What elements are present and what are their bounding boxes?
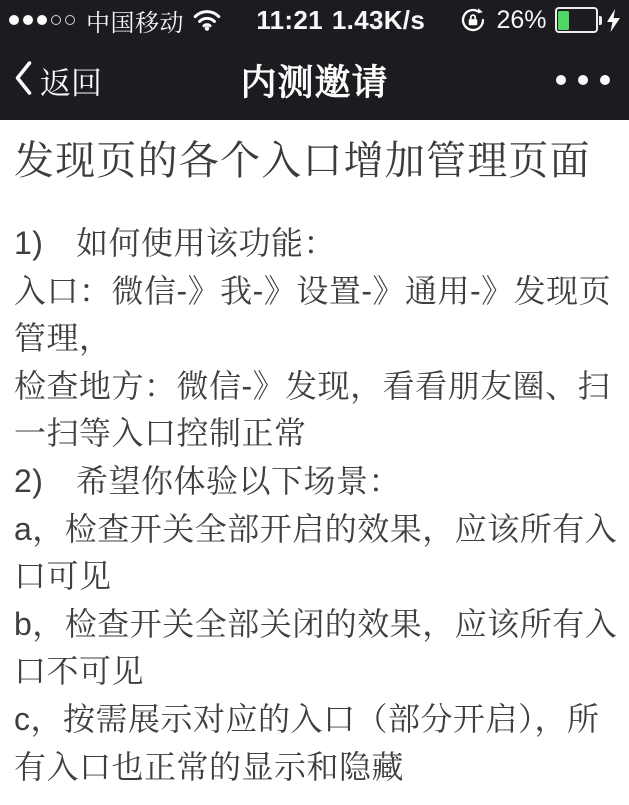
body-line: b，检查开关全部关闭的效果，应该所有入 bbox=[14, 601, 619, 649]
status-bar-left: 中国移动 bbox=[9, 3, 221, 38]
battery-fill bbox=[558, 11, 569, 30]
battery-percent-label: 26% bbox=[496, 6, 546, 35]
ellipsis-icon bbox=[578, 75, 588, 85]
page-title: 内测邀请 bbox=[240, 55, 388, 106]
network-speed-label: 1.43K/s bbox=[332, 5, 425, 36]
body-line: 口不可见 bbox=[14, 648, 619, 696]
wifi-icon bbox=[193, 9, 221, 31]
signal-dot bbox=[9, 15, 19, 25]
status-bar-right: 26% bbox=[460, 6, 620, 35]
body-line: 2) 希望你体验以下场景： bbox=[14, 458, 619, 506]
status-bar: 中国移动 11:21 1.43K/s bbox=[0, 0, 629, 40]
body-line: 一扫等入口控制正常 bbox=[14, 410, 619, 458]
body-line: a，检查开关全部开启的效果，应该所有入 bbox=[14, 506, 619, 554]
status-bar-center: 11:21 1.43K/s bbox=[221, 5, 460, 36]
more-button[interactable] bbox=[556, 40, 610, 120]
clock-label: 11:21 bbox=[256, 5, 323, 36]
ellipsis-icon bbox=[600, 75, 610, 85]
body-line: 管理， bbox=[14, 315, 619, 363]
signal-dot bbox=[65, 15, 75, 25]
body-line: 1) 如何使用该功能： bbox=[14, 220, 619, 268]
rotation-lock-icon bbox=[460, 7, 486, 33]
ellipsis-icon bbox=[556, 75, 566, 85]
body-line: 入口：微信-》我-》设置-》通用-》发现页 bbox=[14, 268, 619, 316]
body-line: c，按需展示对应的入口（部分开启），所 bbox=[14, 696, 619, 744]
charging-bolt-icon bbox=[607, 9, 620, 32]
body-line: 有入口也正常的显示和隐藏 bbox=[14, 744, 619, 792]
article-content: 发现页的各个入口增加管理页面 1) 如何使用该功能： 入口：微信-》我-》设置-… bbox=[0, 120, 629, 791]
body-line: 检查地方：微信-》发现，看看朋友圈、扫 bbox=[14, 363, 619, 411]
article-heading: 发现页的各个入口增加管理页面 bbox=[14, 134, 619, 188]
carrier-label: 中国移动 bbox=[86, 3, 184, 38]
back-label: 返回 bbox=[40, 58, 102, 103]
signal-dot bbox=[51, 15, 61, 25]
back-button[interactable]: 返回 bbox=[14, 40, 102, 120]
screen: 中国移动 11:21 1.43K/s bbox=[0, 0, 629, 805]
article-body: 1) 如何使用该功能： 入口：微信-》我-》设置-》通用-》发现页 管理， 检查… bbox=[14, 220, 619, 791]
signal-dot bbox=[37, 15, 47, 25]
nav-bar: 返回 内测邀请 bbox=[0, 40, 629, 120]
back-chevron-icon bbox=[14, 60, 33, 101]
signal-dot bbox=[23, 15, 33, 25]
battery-icon bbox=[555, 7, 603, 33]
signal-strength-icon bbox=[9, 15, 79, 25]
body-line: 口可见 bbox=[14, 553, 619, 601]
